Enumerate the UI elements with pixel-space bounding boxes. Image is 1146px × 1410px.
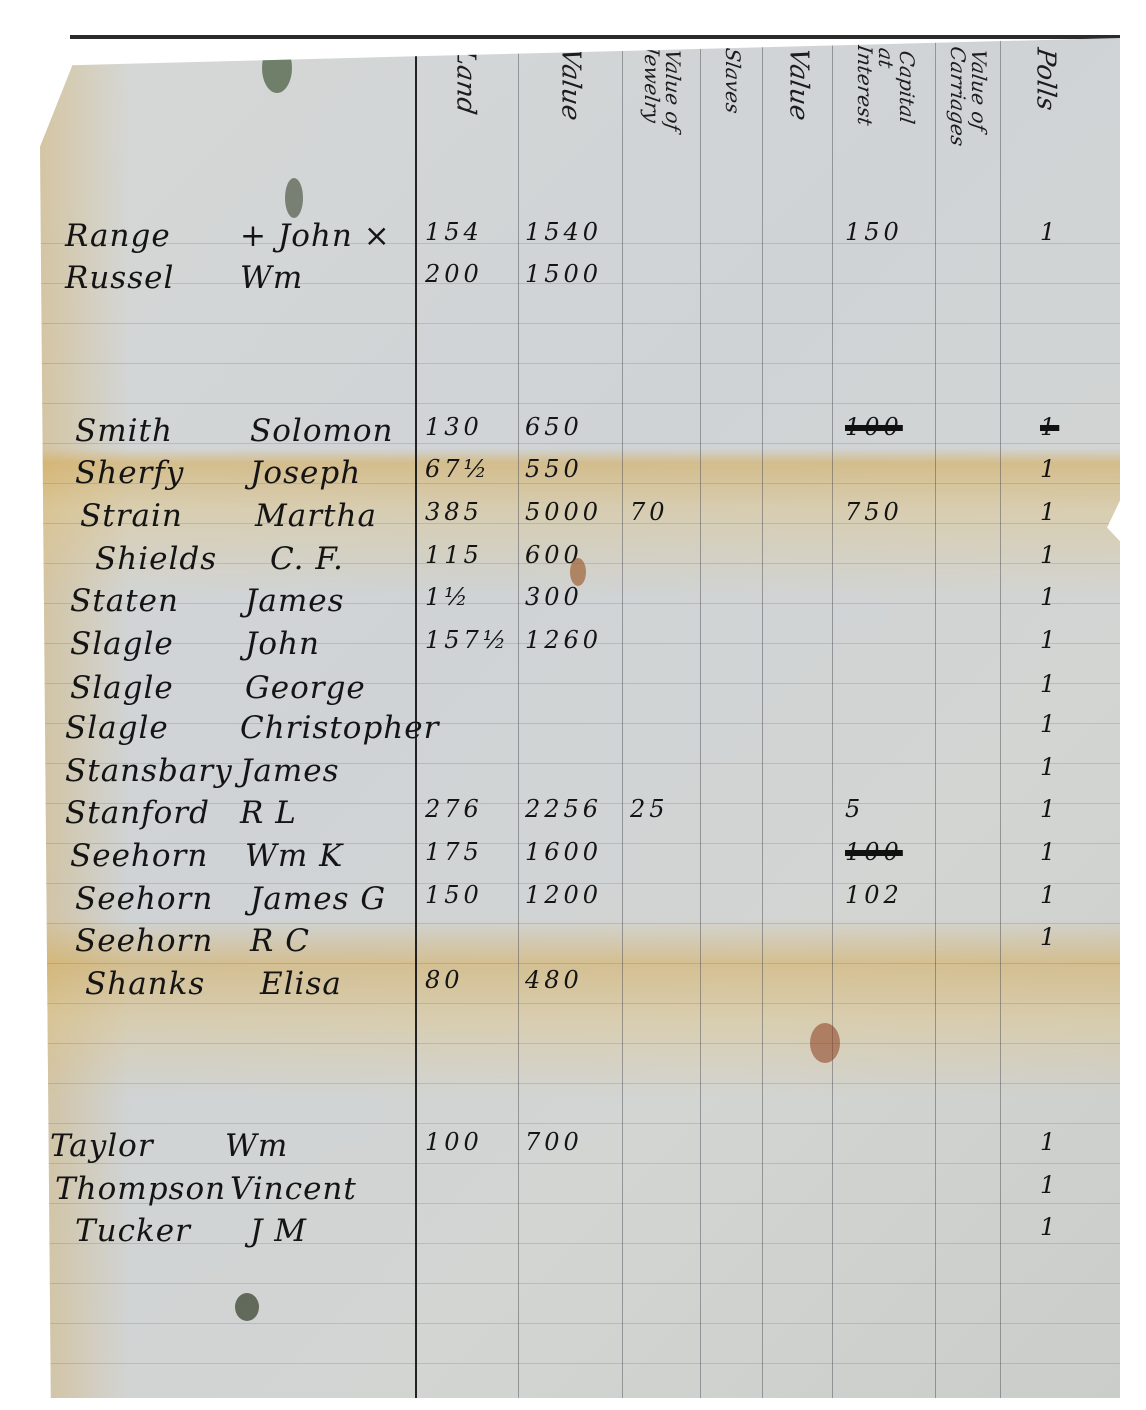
ledger-row: StansbaryJames1 [40,753,1120,793]
header-jewelry-text: Value of Jewelry [641,45,683,132]
capital-at-interest: 100 [845,413,903,441]
ledger-row: StatenJames1½3001 [40,583,1120,623]
surname: Russel [65,260,174,296]
given-name: J M [250,1213,307,1249]
header-capital-text: Capital at Interest [854,44,917,133]
given-name: Vincent [230,1171,357,1207]
ledger-row: TuckerJ M1 [40,1213,1120,1253]
given-name: Solomon [250,413,394,449]
surname: Sherfy [75,455,184,491]
polls: 1 [1040,710,1059,738]
given-name: Martha [255,498,377,534]
surname: Taylor [50,1128,154,1164]
polls: 1 [1040,583,1059,611]
ledger-row: SeehornJames G15012001021 [40,881,1120,921]
ledger-row: Range+ John ×15415401501 [40,218,1120,258]
ink-stain [262,43,292,93]
land-acres: 157½ [425,626,510,654]
land-acres: 115 [425,541,483,569]
polls: 1 [1040,1213,1059,1241]
jewelry-value: 70 [630,498,669,526]
capital-at-interest: 100 [845,838,903,866]
surname: Slagle [70,626,174,662]
polls: 1 [1040,541,1059,569]
ledger-row: SlagleJohn157½12601 [40,626,1120,666]
ink-stain [235,1293,259,1321]
polls: 1 [1040,626,1059,654]
given-name: Christopher [240,710,439,746]
ruled-line [40,1363,1120,1364]
header-polls-text: Polls [1031,46,1058,112]
ledger-row: TaylorWm1007001 [40,1128,1120,1168]
ledger-row: SmithSolomon1306501001 [40,413,1120,453]
polls: 1 [1040,1128,1059,1156]
rust-stain [810,1023,840,1063]
ledger-row: RusselWm2001500 [40,260,1120,300]
ruled-line [40,323,1120,324]
header-slave-value-text: Value [784,46,811,122]
ledger-row: SeehornWm K17516001001 [40,838,1120,878]
polls: 1 [1040,1171,1059,1199]
land-value: 480 [525,966,583,994]
ruled-line [40,403,1120,404]
ledger-row: ThompsonVincent1 [40,1171,1120,1211]
surname: Stansbary [65,753,233,789]
surname: Smith [75,413,173,449]
surname: Shields [95,541,217,577]
surname: Seehorn [75,881,213,917]
given-name: James G [250,881,386,917]
surname: Range [65,218,171,254]
ledger-row: StrainMartha3855000707501 [40,498,1120,538]
land-acres: 150 [425,881,483,909]
ledger-row: StanfordR L27622562551 [40,795,1120,835]
land-acres: 276 [425,795,483,823]
polls: 1 [1040,923,1059,951]
ruled-line [40,1043,1120,1044]
land-acres: 154 [425,218,483,246]
ruled-line [40,1323,1120,1324]
surname: Staten [70,583,179,619]
ledger-row: ShanksElisa80480 [40,966,1120,1006]
given-name: R L [240,795,297,831]
given-name: James [240,753,340,789]
header-land-text: Land [451,46,478,116]
polls: 1 [1040,413,1059,441]
jewelry-value: 25 [630,795,669,823]
ledger-row: SlagleGeorge1 [40,670,1120,710]
given-name: Wm [240,260,303,296]
ruled-line [40,1083,1120,1084]
land-value: 1600 [525,838,602,866]
ledger-row: SherfyJoseph67½5501 [40,455,1120,495]
given-name: John [245,626,320,662]
land-value: 5000 [525,498,602,526]
polls: 1 [1040,881,1059,909]
header-slaves-text: Slaves [722,47,743,115]
capital-at-interest: 750 [845,498,903,526]
land-acres: 80 [425,966,464,994]
land-value: 1540 [525,218,602,246]
land-value: 700 [525,1128,583,1156]
land-value: 1200 [525,881,602,909]
header-carriages-text: Value of Carriages [947,45,989,150]
land-acres: 175 [425,838,483,866]
given-name: George [245,670,366,706]
land-value: 2256 [525,795,602,823]
surname: Seehorn [70,838,208,874]
ruled-line [40,963,1120,964]
given-name: + John × [240,218,391,254]
land-acres: 200 [425,260,483,288]
given-name: R C [250,923,310,959]
land-value: 650 [525,413,583,441]
ledger-row: SlagleChristopher1 [40,710,1120,750]
ruled-line [40,1283,1120,1284]
ruled-line [40,363,1120,364]
given-name: Elisa [260,966,342,1002]
land-value: 550 [525,455,583,483]
given-name: Wm [225,1128,288,1164]
surname: Strain [80,498,183,534]
land-acres: 100 [425,1128,483,1156]
land-value: 1260 [525,626,602,654]
ink-stain [285,178,303,218]
surname: Stanford [65,795,210,831]
header-value-text: Value [556,46,583,122]
polls: 1 [1040,498,1059,526]
land-value: 1500 [525,260,602,288]
land-acres: 67½ [425,455,491,483]
surname: Slagle [65,710,169,746]
surname: Seehorn [75,923,213,959]
surname: Tucker [75,1213,191,1249]
capital-at-interest: 102 [845,881,903,909]
given-name: C. F. [270,541,344,577]
surname: Shanks [85,966,205,1002]
polls: 1 [1040,455,1059,483]
given-name: James [245,583,345,619]
polls: 1 [1040,218,1059,246]
rust-stain [570,558,586,586]
polls: 1 [1040,753,1059,781]
ruled-line [40,1123,1120,1124]
capital-at-interest: 150 [845,218,903,246]
given-name: Wm K [245,838,343,874]
polls: 1 [1040,670,1059,698]
paper-top-edge [70,35,1120,39]
land-value: 300 [525,583,583,611]
ledger-page: Land Value Value of Jewelry Slaves Value… [40,38,1120,1398]
land-acres: 1½ [425,583,472,611]
polls: 1 [1040,795,1059,823]
surname: Slagle [70,670,174,706]
surname: Thompson [55,1171,226,1207]
polls: 1 [1040,838,1059,866]
land-acres: 385 [425,498,483,526]
given-name: Joseph [250,455,361,491]
capital-at-interest: 5 [845,795,864,823]
ledger-row: SeehornR C1 [40,923,1120,963]
land-acres: 130 [425,413,483,441]
